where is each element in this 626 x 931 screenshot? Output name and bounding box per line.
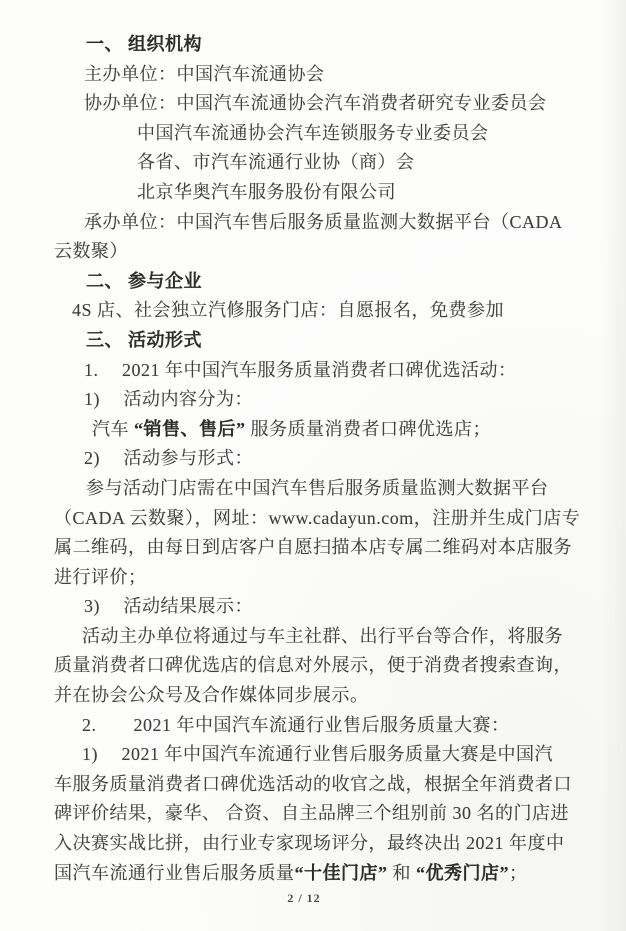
text-run: （CADA 云数聚），网址：www.cadayun.com，注册并生成门店专 (54, 508, 580, 528)
document-content: 一、 组织机构主办单位：中国汽车流通协会协办单位：中国汽车流通协会汽车消费者研究… (54, 30, 594, 906)
text-line: 车服务质量消费者口碑优选活动的收官之战，根据全年消费者口 (54, 770, 594, 800)
text-run: 北京华奥汽车服务股份有限公司 (137, 182, 396, 202)
text-line: 北京华奥汽车服务股份有限公司 (54, 178, 594, 208)
document-page: 一、 组织机构主办单位：中国汽车流通协会协办单位：中国汽车流通协会汽车消费者研究… (0, 0, 626, 931)
text-line: 承办单位：中国汽车售后服务质量监测大数据平台（CADA (54, 208, 594, 238)
text-run: 汽车 (92, 419, 134, 439)
text-run: 入决赛实战比拼，由行业专家现场评分，最终决出 2021 年度中 (54, 833, 565, 853)
text-run: 协办单位：中国汽车流通协会汽车消费者研究专业委员会 (84, 93, 547, 113)
text-run: 承办单位：中国汽车售后服务质量监测大数据平台（CADA (84, 212, 563, 232)
text-line: 属二维码，由每日到店客户自愿扫描本店专属二维码对本店服务 (54, 533, 594, 563)
text-line: 三、 活动形式 (54, 326, 594, 356)
text-line: 一、 组织机构 (54, 30, 594, 60)
text-run: 1) 活动内容分为： (84, 389, 253, 409)
text-line: 3) 活动结果展示： (54, 592, 594, 622)
text-line: 1) 2021 年中国汽车流通行业售后服务质量大赛是中国汽 (54, 740, 594, 770)
text-run: 1. 2021 年中国汽车服务质量消费者口碑优选活动： (84, 360, 517, 380)
text-line: 碑评价结果，豪华、 合资、自主品牌三个组别前 30 名的门店进 (54, 799, 594, 829)
text-line: 二、 参与企业 (54, 267, 594, 297)
text-line: 2) 活动参与形式： (54, 444, 594, 474)
text-line: 主办单位：中国汽车流通协会 (54, 60, 594, 90)
text-run: 2. 2021 年中国汽车流通行业售后服务质量大赛： (82, 715, 510, 735)
text-run: 碑评价结果，豪华、 合资、自主品牌三个组别前 30 名的门店进 (54, 803, 569, 823)
text-line: 1. 2021 年中国汽车服务质量消费者口碑优选活动： (54, 356, 594, 386)
text-run: 1) 2021 年中国汽车流通行业售后服务质量大赛是中国汽 (82, 744, 553, 764)
text-line: 1) 活动内容分为： (54, 385, 594, 415)
text-run: 并在协会公众号及合作媒体同步展示。 (54, 685, 369, 705)
text-run: 车服务质量消费者口碑优选活动的收官之战，根据全年消费者口 (54, 774, 572, 794)
text-line: （CADA 云数聚），网址：www.cadayun.com，注册并生成门店专 (54, 504, 594, 534)
bold-text-run: 一、 组织机构 (86, 34, 202, 54)
text-line: 国汽车流通行业售后服务质量“十佳门店” 和 “优秀门店”； (54, 859, 594, 889)
text-run: 中国汽车流通协会汽车连锁服务专业委员会 (137, 123, 489, 143)
text-run: 进行评价； (54, 567, 147, 587)
bold-text-run: “十佳门店” (295, 863, 388, 883)
text-run: 4S 店、社会独立汽修服务门店：自愿报名，免费参加 (72, 300, 504, 320)
bold-text-run: “销售、售后” (134, 419, 246, 439)
text-run: 国汽车流通行业售后服务质量 (54, 863, 295, 883)
text-line: 4S 店、社会独立汽修服务门店：自愿报名，免费参加 (54, 296, 594, 326)
text-line: 2. 2021 年中国汽车流通行业售后服务质量大赛： (54, 711, 594, 741)
text-run: 2) 活动参与形式： (84, 448, 253, 468)
text-line: 并在协会公众号及合作媒体同步展示。 (54, 681, 594, 711)
text-run: 活动主办单位将通过与车主社群、出行平台等合作，将服务 (82, 626, 563, 646)
bold-text-run: 二、 参与企业 (86, 271, 202, 291)
text-line: 中国汽车流通协会汽车连锁服务专业委员会 (54, 119, 594, 149)
text-line: 汽车 “销售、售后” 服务质量消费者口碑优选店； (54, 415, 594, 445)
text-run: 和 (388, 863, 417, 883)
text-line: 活动主办单位将通过与车主社群、出行平台等合作，将服务 (54, 622, 594, 652)
text-run: 主办单位：中国汽车流通协会 (84, 64, 325, 84)
text-line: 入决赛实战比拼，由行业专家现场评分，最终决出 2021 年度中 (54, 829, 594, 859)
text-run: 属二维码，由每日到店客户自愿扫描本店专属二维码对本店服务 (54, 537, 572, 557)
text-line: 协办单位：中国汽车流通协会汽车消费者研究专业委员会 (54, 89, 594, 119)
text-run: 各省、市汽车流通行业协（商）会 (137, 152, 415, 172)
text-run: 3) 活动结果展示： (84, 596, 253, 616)
text-line: 质量消费者口碑优选店的信息对外展示，便于消费者搜索查询， (54, 651, 594, 681)
text-run: 服务质量消费者口碑优选店； (246, 419, 492, 439)
text-line: 云数聚） (54, 237, 594, 267)
text-run: 参与活动门店需在中国汽车售后服务质量监测大数据平台 (86, 478, 549, 498)
text-run: 质量消费者口碑优选店的信息对外展示，便于消费者搜索查询， (54, 655, 572, 675)
bold-text-run: “优秀门店” (416, 863, 509, 883)
bold-text-run: 三、 活动形式 (86, 330, 202, 350)
text-run: 云数聚） (54, 241, 128, 261)
text-line: 进行评价； (54, 563, 594, 593)
text-line: 各省、市汽车流通行业协（商）会 (54, 148, 594, 178)
text-run: ； (509, 863, 528, 883)
text-line: 参与活动门店需在中国汽车售后服务质量监测大数据平台 (54, 474, 594, 504)
page-number: 2 / 12 (54, 891, 554, 906)
